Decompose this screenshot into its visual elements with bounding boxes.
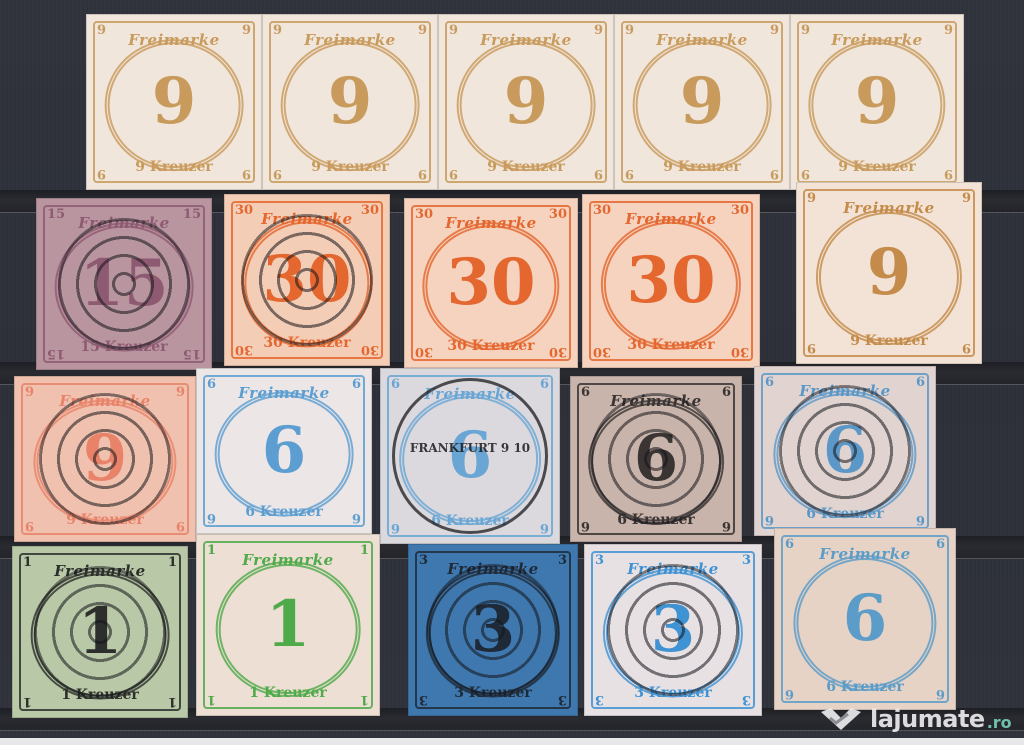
stamp-r3-3: 6 6 6 6 Freimarke 6 6 Kreuzer FRANKFURT …	[380, 368, 560, 544]
stamp-denomination: 1 Kreuzer	[197, 685, 379, 701]
stamp-value: 9	[791, 70, 963, 134]
stamp-title: Freimarke	[797, 199, 981, 217]
ring-cancel-postmark	[418, 555, 568, 705]
ring-cancel-postmark	[30, 384, 180, 534]
stamp-value: 9	[87, 70, 261, 134]
stamp-value: 9	[615, 70, 789, 134]
stamp-r3-4: 6 6 6 6 Freimarke 6 6 Kreuzer	[570, 376, 742, 542]
stamp-r4-5: 6 6 6 6 Freimarke 6 6 Kreuzer	[774, 528, 956, 710]
stamp-denomination: 30 Kreuzer	[583, 337, 759, 353]
stamp-r3-1: 9 9 9 9 Freimarke 9 9 Kreuzer	[14, 376, 196, 542]
stamp-title: Freimarke	[439, 31, 613, 49]
stamp-value: 30	[405, 251, 577, 315]
heart-check-logo-icon	[818, 706, 864, 732]
stamp-r2-4: 30 30 30 30 Freimarke 30 30 Kreuzer	[582, 194, 760, 368]
watermark: lajumate .ro	[818, 702, 1012, 736]
stamp-value: 1	[197, 593, 379, 657]
watermark-tld: .ro	[987, 713, 1012, 732]
stamp-strip-1: 9 9 9 9 Freimarke 9 9 Kreuzer	[86, 14, 262, 190]
stamp-strip-3: 9 9 9 9 Freimarke 9 9 Kreuzer	[438, 14, 614, 190]
stamp-denomination: 9 Kreuzer	[263, 159, 437, 175]
stamp-denomination: 6 Kreuzer	[197, 504, 371, 520]
stamp-r2-3: 30 30 30 30 Freimarke 30 30 Kreuzer	[404, 198, 578, 368]
stamp-r2-1: 15 15 15 15 Freimarke 15 15 Kreuzer	[36, 198, 212, 370]
ring-cancel-postmark	[770, 376, 920, 526]
stamp-r4-3: 3 3 3 3 Freimarke 3 3 Kreuzer	[408, 544, 578, 716]
stamp-r3-2: 6 6 6 6 Freimarke 6 6 Kreuzer	[196, 368, 372, 534]
stamp-title: Freimarke	[775, 545, 955, 563]
ring-cancel-postmark	[25, 557, 175, 707]
stamp-strip-2: 9 9 9 9 Freimarke 9 9 Kreuzer	[262, 14, 438, 190]
stamp-r4-1: 1 1 1 1 Freimarke 1 1 Kreuzer	[12, 546, 188, 718]
bottom-edge	[0, 738, 1024, 745]
stamp-denomination: 9 Kreuzer	[791, 159, 963, 175]
stamp-title: Freimarke	[405, 214, 577, 232]
stamp-denomination: 9 Kreuzer	[797, 333, 981, 349]
ring-cancel-postmark	[49, 209, 199, 359]
ring-cancel-postmark	[598, 555, 748, 705]
stamp-title: Freimarke	[583, 210, 759, 228]
stamp-title: Freimarke	[263, 31, 437, 49]
stamp-value: 9	[797, 241, 981, 305]
stamp-denomination: 9 Kreuzer	[615, 159, 789, 175]
watermark-brand: lajumate	[870, 705, 985, 733]
stamp-strip-5: 9 9 9 9 Freimarke 9 9 Kreuzer	[790, 14, 964, 190]
stamp-value: 6	[197, 419, 371, 483]
stamp-denomination: 6 Kreuzer	[775, 679, 955, 695]
stamp-title: Freimarke	[197, 551, 379, 569]
album-page: 9 9 9 9 Freimarke 9 9 Kreuzer 9 9 9 9 Fr…	[0, 0, 1024, 745]
stamp-value: 30	[583, 249, 759, 313]
stamp-r2-5: 9 9 9 9 Freimarke 9 9 Kreuzer	[796, 182, 982, 364]
stamp-denomination: 9 Kreuzer	[87, 159, 261, 175]
stamp-r2-2: 30 30 30 30 Freimarke 30 30 Kreuzer	[224, 194, 390, 366]
stamp-value: 6	[775, 587, 955, 651]
stamp-value: 9	[439, 70, 613, 134]
stamp-r4-4: 3 3 3 3 Freimarke 3 3 Kreuzer	[584, 544, 762, 716]
stamp-denomination: 9 Kreuzer	[439, 159, 613, 175]
stamp-r3-5: 6 6 6 6 Freimarke 6 6 Kreuzer	[754, 366, 936, 536]
stamp-value: 9	[263, 70, 437, 134]
ring-cancel-postmark	[232, 205, 382, 355]
stamp-title: Freimarke	[615, 31, 789, 49]
stamp-denomination: 30 Kreuzer	[405, 338, 577, 354]
stamp-strip-4: 9 9 9 9 Freimarke 9 9 Kreuzer	[614, 14, 790, 190]
ring-cancel-postmark	[581, 384, 731, 534]
stamp-title: Freimarke	[791, 31, 963, 49]
stamp-r4-2: 1 1 1 1 Freimarke 1 1 Kreuzer	[196, 534, 380, 716]
stamp-title: Freimarke	[197, 384, 371, 402]
circular-date-postmark: FRANKFURT 9 10	[392, 378, 548, 534]
stamp-title: Freimarke	[87, 31, 261, 49]
postmark-text: FRANKFURT 9 10	[395, 441, 545, 455]
